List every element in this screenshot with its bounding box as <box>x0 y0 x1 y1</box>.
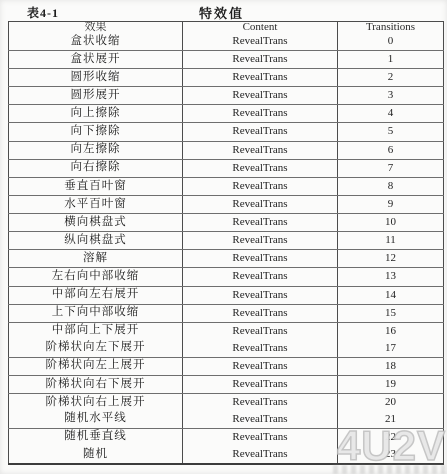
content-cell: RevealTrans <box>183 250 338 268</box>
table-row: 向下擦除RevealTrans5 <box>9 123 444 141</box>
table-row: 垂直百叶窗RevealTrans8 <box>9 177 444 195</box>
transition-number-cell: 14 <box>338 286 444 304</box>
transition-number-cell: 4 <box>338 105 444 123</box>
transition-number-cell: 10 <box>338 214 444 232</box>
transition-number-cell: 12 <box>338 250 444 268</box>
content-cell: RevealTrans <box>183 446 338 464</box>
transition-number-cell: 20 <box>338 393 444 410</box>
content-cell: RevealTrans <box>183 159 338 177</box>
table-row: 水平百叶窗RevealTrans9 <box>9 195 444 213</box>
effect-name-cell: 上下向中部收缩 <box>9 304 183 322</box>
transition-number-cell: 19 <box>338 375 444 393</box>
effect-name-cell: 向右擦除 <box>9 159 183 177</box>
content-cell: RevealTrans <box>183 33 338 50</box>
transition-effects-table: 效果 Content Transitions 盒状收缩RevealTrans0盒… <box>8 21 444 465</box>
content-cell: RevealTrans <box>183 393 338 410</box>
content-cell: RevealTrans <box>183 322 338 339</box>
effect-name-cell: 中部向上下展开 <box>9 322 183 339</box>
transition-number-cell: 18 <box>338 357 444 375</box>
table-row: 中部向上下展开RevealTrans16 <box>9 322 444 339</box>
content-cell: RevealTrans <box>183 105 338 123</box>
table-row: 阶梯状向右上展开RevealTrans20 <box>9 393 444 410</box>
effect-name-cell: 向左擦除 <box>9 141 183 159</box>
effect-name-cell: 中部向左右展开 <box>9 286 183 304</box>
table-row: 横向棋盘式RevealTrans10 <box>9 214 444 232</box>
content-cell: RevealTrans <box>183 375 338 393</box>
effect-name-cell: 随机垂直线 <box>9 428 183 445</box>
effect-name-cell: 随机 <box>9 446 183 464</box>
content-cell: RevealTrans <box>183 411 338 428</box>
effect-name-cell: 溶解 <box>9 250 183 268</box>
transition-number-cell: 21 <box>338 411 444 428</box>
table-row: 随机RevealTrans23 <box>9 446 444 464</box>
table-row: 纵向棋盘式RevealTrans11 <box>9 232 444 250</box>
effect-name-cell: 水平百叶窗 <box>9 195 183 213</box>
effect-name-cell: 向上擦除 <box>9 105 183 123</box>
transition-number-cell: 17 <box>338 340 444 357</box>
content-cell: RevealTrans <box>183 87 338 105</box>
table-row: 盒状收缩RevealTrans0 <box>9 33 444 50</box>
table-row: 阶梯状向右下展开RevealTrans19 <box>9 375 444 393</box>
effect-name-cell: 垂直百叶窗 <box>9 177 183 195</box>
table-title: 特效值 <box>199 3 244 22</box>
header-row: 效果 Content Transitions <box>9 22 444 34</box>
transition-number-cell: 22 <box>338 428 444 445</box>
table-row: 向上擦除RevealTrans4 <box>9 105 444 123</box>
transition-number-cell: 5 <box>338 123 444 141</box>
transition-number-cell: 8 <box>338 177 444 195</box>
transition-number-cell: 9 <box>338 195 444 213</box>
transition-number-cell: 23 <box>338 446 444 464</box>
transition-number-cell: 1 <box>338 50 444 68</box>
content-cell: RevealTrans <box>183 268 338 286</box>
effect-name-cell: 纵向棋盘式 <box>9 232 183 250</box>
content-cell: RevealTrans <box>183 232 338 250</box>
table-row: 阶梯状向左上展开RevealTrans18 <box>9 357 444 375</box>
content-cell: RevealTrans <box>183 214 338 232</box>
effect-name-cell: 盒状收缩 <box>9 33 183 50</box>
content-cell: RevealTrans <box>183 195 338 213</box>
table-caption: 表4-1 特效值 <box>0 1 447 20</box>
effect-name-cell: 圆形展开 <box>9 87 183 105</box>
table-row: 随机水平线RevealTrans21 <box>9 411 444 428</box>
transition-number-cell: 0 <box>338 33 444 50</box>
content-cell: RevealTrans <box>183 69 338 87</box>
table-row: 向左擦除RevealTrans6 <box>9 141 444 159</box>
content-cell: RevealTrans <box>183 428 338 445</box>
table-row: 盒状展开RevealTrans1 <box>9 50 444 68</box>
transition-number-cell: 6 <box>338 141 444 159</box>
table-row: 阶梯状向左下展开RevealTrans17 <box>9 340 444 357</box>
effect-name-cell: 阶梯状向右下展开 <box>9 375 183 393</box>
table-label: 表4-1 <box>27 4 59 21</box>
effect-name-cell: 向下擦除 <box>9 123 183 141</box>
content-cell: RevealTrans <box>183 141 338 159</box>
effect-name-cell: 横向棋盘式 <box>9 214 183 232</box>
transition-number-cell: 13 <box>338 268 444 286</box>
table-row: 圆形收缩RevealTrans2 <box>9 69 444 87</box>
effect-name-cell: 随机水平线 <box>9 411 183 428</box>
effect-name-cell: 左右向中部收缩 <box>9 268 183 286</box>
content-cell: RevealTrans <box>183 357 338 375</box>
content-cell: RevealTrans <box>183 340 338 357</box>
content-cell: RevealTrans <box>183 50 338 68</box>
effect-name-cell: 阶梯状向左下展开 <box>9 340 183 357</box>
effect-name-cell: 阶梯状向左上展开 <box>9 357 183 375</box>
table-row: 左右向中部收缩RevealTrans13 <box>9 268 444 286</box>
watermark-subtext <box>333 465 445 474</box>
effect-name-cell: 圆形收缩 <box>9 69 183 87</box>
transition-number-cell: 2 <box>338 69 444 87</box>
table-row: 随机垂直线RevealTrans22 <box>9 428 444 445</box>
column-header-effect: 效果 <box>9 22 183 34</box>
column-header-content: Content <box>183 22 338 34</box>
content-cell: RevealTrans <box>183 286 338 304</box>
effect-name-cell: 阶梯状向右上展开 <box>9 393 183 410</box>
content-cell: RevealTrans <box>183 177 338 195</box>
transition-number-cell: 16 <box>338 322 444 339</box>
scanned-document-page: { "page": { "table_label": "表4-1", "tabl… <box>0 0 447 474</box>
effect-name-cell: 盒状展开 <box>9 50 183 68</box>
transition-number-cell: 3 <box>338 87 444 105</box>
table-row: 向右擦除RevealTrans7 <box>9 159 444 177</box>
column-header-transitions: Transitions <box>338 22 444 34</box>
transition-number-cell: 15 <box>338 304 444 322</box>
table-row: 溶解RevealTrans12 <box>9 250 444 268</box>
table-row: 圆形展开RevealTrans3 <box>9 87 444 105</box>
content-cell: RevealTrans <box>183 123 338 141</box>
content-cell: RevealTrans <box>183 304 338 322</box>
transition-number-cell: 7 <box>338 159 444 177</box>
table-row: 上下向中部收缩RevealTrans15 <box>9 304 444 322</box>
table-row: 中部向左右展开RevealTrans14 <box>9 286 444 304</box>
transition-number-cell: 11 <box>338 232 444 250</box>
